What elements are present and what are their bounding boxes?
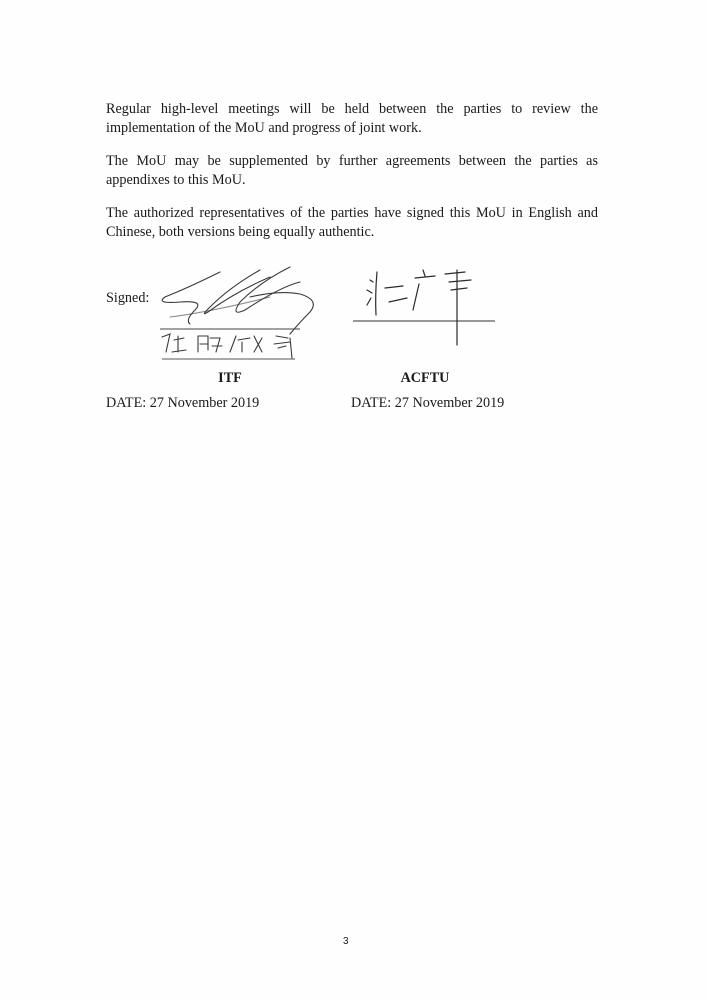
signed-label: Signed: (106, 290, 149, 307)
document-page: Regular high-level meetings will be held… (0, 0, 707, 1000)
paragraph-meetings: Regular high-level meetings will be held… (106, 100, 598, 138)
party-acftu: ACFTU (390, 370, 460, 387)
party-itf: ITF (200, 370, 260, 387)
itf-signature (150, 262, 350, 372)
page-number: 3 (343, 936, 349, 947)
date-itf: DATE: 27 November 2019 (106, 395, 259, 412)
paragraph-supplements: The MoU may be supplemented by further a… (106, 152, 598, 190)
date-acftu: DATE: 27 November 2019 (351, 395, 504, 412)
paragraph-authentic: The authorized representatives of the pa… (106, 204, 598, 242)
acftu-signature (345, 260, 505, 350)
